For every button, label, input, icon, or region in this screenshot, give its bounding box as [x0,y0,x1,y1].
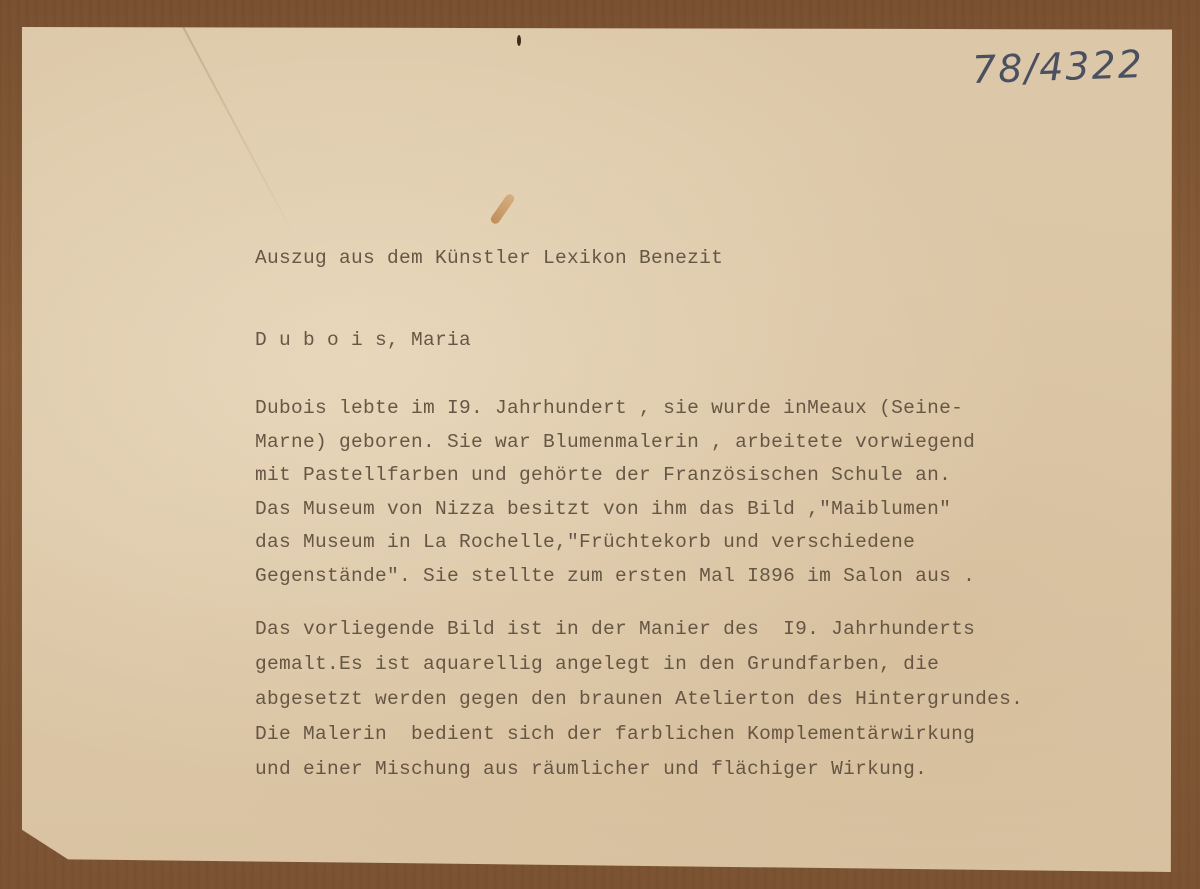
paper-fold-crease [182,26,296,239]
text-line: Dubois lebte im I9. Jahrhundert , sie wu… [255,392,975,426]
text-line: gemalt.Es ist aquarellig angelegt in den… [255,647,1023,682]
wooden-backing-board: 78/4322 Auszug aus dem Künstler Lexikon … [0,0,1200,889]
text-line: Die Malerin bedient sich der farblichen … [255,717,1023,752]
text-line: das Museum in La Rochelle,"Früchtekorb u… [255,526,975,560]
pin-hole-mark [517,35,521,46]
text-line: Marne) geboren. Sie war Blumenmalerin , … [255,426,975,460]
text-line: abgesetzt werden gegen den braunen Ateli… [255,682,1023,717]
biography-paragraph: Dubois lebte im I9. Jahrhundert , sie wu… [255,392,975,593]
paper-sheet: 78/4322 Auszug aus dem Künstler Lexikon … [22,27,1172,872]
text-line: und einer Mischung aus räumlicher und fl… [255,752,1023,787]
document-heading: Auszug aus dem Künstler Lexikon Benezit [255,247,723,269]
text-line: mit Pastellfarben und gehörte der Franzö… [255,459,975,493]
artist-name: D u b o i s, Maria [255,329,471,351]
paper-stain [489,192,516,225]
painting-description-paragraph: Das vorliegende Bild ist in der Manier d… [255,612,1023,787]
text-line: Das Museum von Nizza besitzt von ihm das… [255,493,975,527]
text-line: Gegenstände". Sie stellte zum ersten Mal… [255,560,975,594]
handwritten-inventory-number: 78/4322 [971,42,1144,92]
text-line: Das vorliegende Bild ist in der Manier d… [255,612,1023,647]
